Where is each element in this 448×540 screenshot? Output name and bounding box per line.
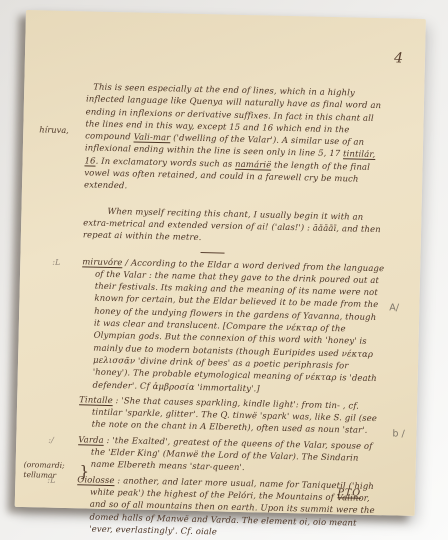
headword-varda: Varda [78, 435, 104, 446]
margin-mark-1: :L [52, 256, 60, 268]
word-namarie: namárië [235, 160, 271, 171]
headword-miruvore: miruvóre [82, 257, 122, 268]
glossary-entry-varda: :/Varda : 'the Exalted', greatest of the… [78, 434, 383, 478]
headword-tintalle: Tintalle [79, 395, 113, 406]
margin-note-hiruva: híruva, [39, 124, 69, 135]
glossary-entry-oiolosse: :LOiolosse : another, and later more usu… [76, 474, 381, 540]
glossary-entry-tintalle: Tintalle : 'She that causes sparkling, k… [78, 394, 383, 438]
paragraph-intro: This is seen especially at the end of li… [84, 81, 390, 199]
manuscript-text-column: This is seen especially at the end of li… [76, 81, 390, 540]
margin-brace: } [79, 462, 89, 480]
pencil-mark-a: A/ [389, 302, 399, 313]
margin-note-oromardi: (oromardi; tellumar [23, 460, 64, 481]
pto-note: PTO [337, 487, 361, 499]
entry-sep-4: : [114, 476, 123, 486]
separator-dash [201, 252, 225, 254]
page-number: 4 [394, 50, 403, 66]
entry-body-tintalle: 'She that causes sparkling, kindle light… [91, 396, 377, 436]
glossary-entry-miruvore: :Lmiruvóre / According to the Eldar a wo… [79, 256, 386, 398]
word-valimar: Vali-mar [134, 133, 171, 144]
entry-sep-1: / [122, 258, 131, 268]
intro-text-3: . In exclamatory words such as [96, 156, 236, 169]
intro-text-1: This is seen especially at the end of li… [85, 83, 381, 143]
pencil-mark-b: b / [392, 428, 405, 439]
margin-mark-3: :/ [48, 434, 54, 446]
photo-background: 4 híruva, This is seen especially at the… [0, 0, 448, 540]
entry-body-oiolosse: another, and later more usual, name for … [89, 476, 375, 537]
entry-body-miruvore: According to the Eldar a word derived fr… [92, 258, 384, 394]
manuscript-page: 4 híruva, This is seen especially at the… [15, 10, 426, 516]
entry-body-varda: 'the Exalted', greatest of the queens of… [91, 436, 373, 474]
entry-sep-3: : [104, 436, 113, 446]
paragraph-recitation: When myself reciting this chant, I usual… [83, 205, 388, 249]
